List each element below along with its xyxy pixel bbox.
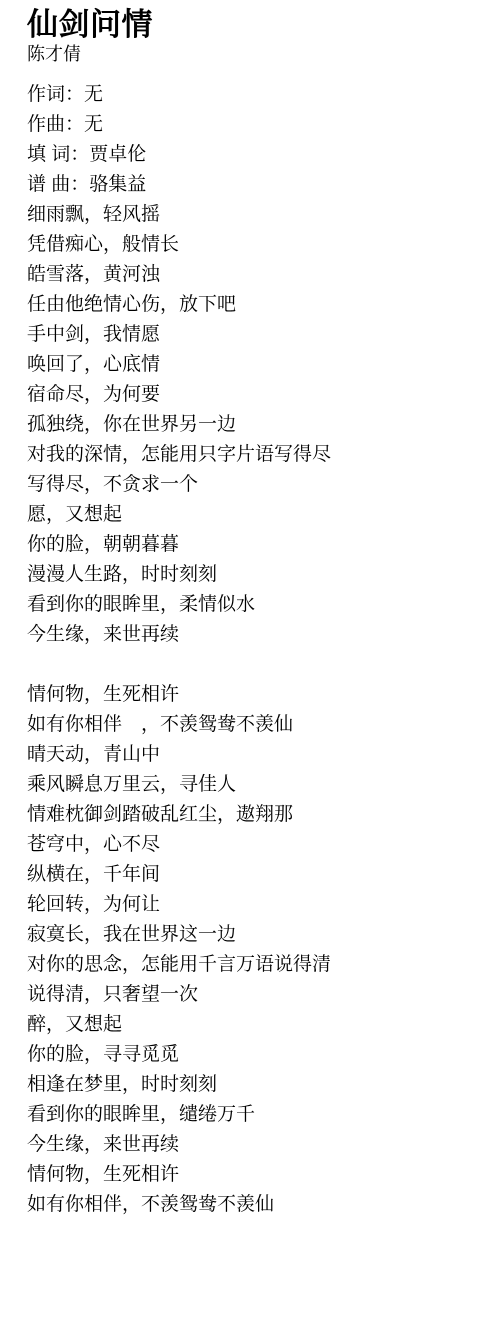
lyric-line: 看到你的眼眸里，柔情似水 [27,590,490,620]
lyric-line: 如有你相伴，不羡鸳鸯不羡仙 [27,1190,490,1220]
lyric-line: 对我的深情，怎能用只字片语写得尽 [27,440,490,470]
credit-line: 作词：无 [27,80,490,110]
lyric-line: 情何物，生死相许 [27,680,490,710]
credit-line: 谱 曲：骆集益 [27,170,490,200]
lyric-line: 情难枕御剑踏破乱红尘，遨翔那 [27,800,490,830]
lyric-line: 凭借痴心，般情长 [27,230,490,260]
lyric-line: 对你的思念，怎能用千言万语说得清 [27,950,490,980]
lyrics-page: 仙剑问情 陈才倩 作词：无作曲：无填 词：贾卓伦谱 曲：骆集益 细雨飘，轻风摇凭… [0,0,500,1220]
lyric-line: 寂寞长，我在世界这一边 [27,920,490,950]
artist-name: 陈才倩 [27,42,490,66]
lyric-line: 唤回了，心底情 [27,350,490,380]
lyric-line: 乘风瞬息万里云，寻佳人 [27,770,490,800]
lyric-line: 皓雪落，黄河浊 [27,260,490,290]
credit-line: 作曲：无 [27,110,490,140]
lyric-line: 相逢在梦里，时时刻刻 [27,1070,490,1100]
lyric-line: 今生缘，来世再续 [27,1130,490,1160]
lyric-line: 说得清，只奢望一次 [27,980,490,1010]
lyric-line: 写得尽，不贪求一个 [27,470,490,500]
lyric-line: 今生缘，来世再续 [27,620,490,650]
lyric-line: 如有你相伴 ，不羡鸳鸯不羡仙 [27,710,490,740]
lyric-line: 任由他绝情心伤，放下吧 [27,290,490,320]
lyric-line: 你的脸，朝朝暮暮 [27,530,490,560]
lyric-line: 孤独绕，你在世界另一边 [27,410,490,440]
lyric-line: 细雨飘，轻风摇 [27,200,490,230]
lyric-line: 宿命尽，为何要 [27,380,490,410]
lyric-line: 愿，又想起 [27,500,490,530]
lyric-line: 看到你的眼眸里，缱绻万千 [27,1100,490,1130]
lyric-line: 漫漫人生路，时时刻刻 [27,560,490,590]
lyric-line: 苍穹中，心不尽 [27,830,490,860]
song-title: 仙剑问情 [27,8,490,42]
lyric-line: 手中剑，我情愿 [27,320,490,350]
credits-list: 作词：无作曲：无填 词：贾卓伦谱 曲：骆集益 [27,80,490,200]
lyric-line: 你的脸，寻寻觅觅 [27,1040,490,1070]
lyric-line: 纵横在，千年间 [27,860,490,890]
lyric-line: 晴天动，青山中 [27,740,490,770]
lyric-line: 轮回转，为何让 [27,890,490,920]
lyric-line: 情何物，生死相许 [27,1160,490,1190]
lyric-line: 醉，又想起 [27,1010,490,1040]
credit-line: 填 词：贾卓伦 [27,140,490,170]
lyric-line [27,650,490,680]
lyrics-list: 细雨飘，轻风摇凭借痴心，般情长皓雪落，黄河浊任由他绝情心伤，放下吧手中剑，我情愿… [27,200,490,1220]
